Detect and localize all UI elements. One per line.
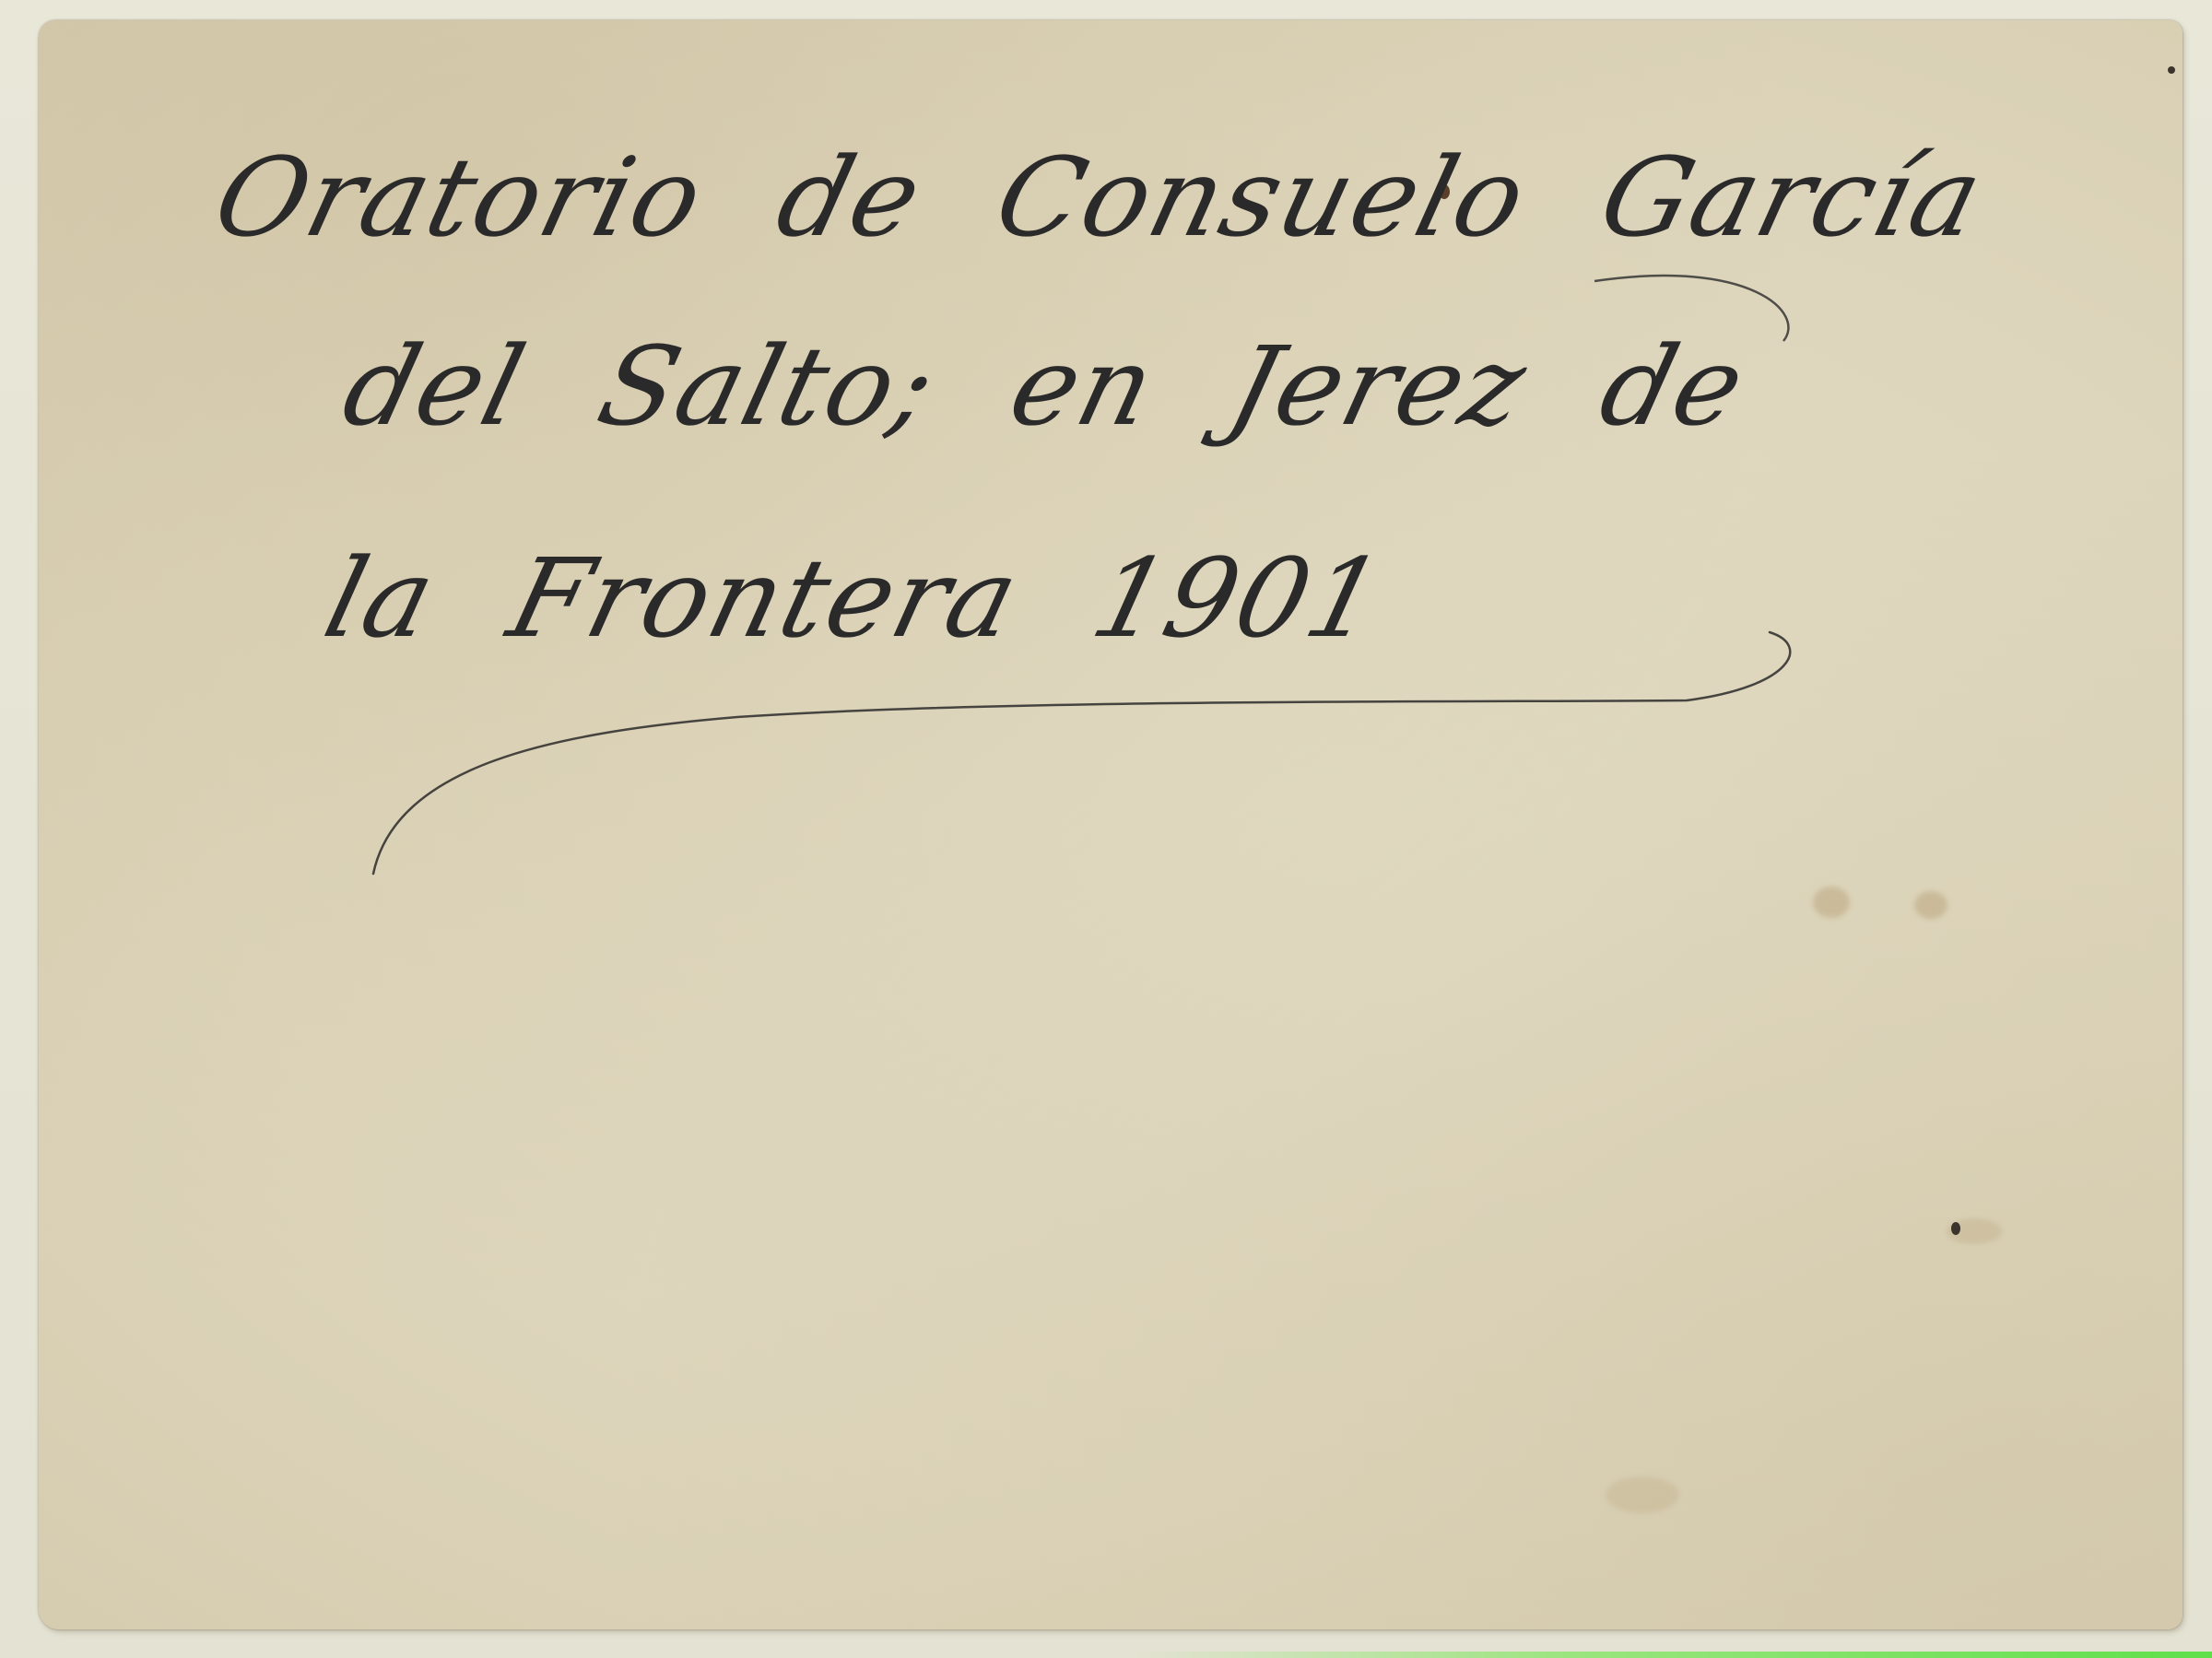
foxing-stain (1813, 887, 1850, 918)
word: Frontera (498, 535, 1032, 662)
year-text: 1901 (1080, 535, 1396, 662)
scan-background: Oratorio de Consuelo García del Salto; e… (0, 0, 2212, 1658)
word: Jerez (1218, 323, 1540, 450)
word: Consuelo (984, 134, 1540, 261)
word: de (766, 134, 935, 261)
word: García (1589, 134, 1996, 261)
foxing-stain (1606, 1476, 1679, 1513)
word: Oratorio (203, 134, 717, 261)
ink-speck (2168, 66, 2175, 74)
photo-card-verso (39, 20, 2183, 1629)
word: Salto; (587, 323, 950, 450)
word: de (1589, 323, 1759, 450)
handwriting-line-1: Oratorio de Consuelo García (203, 134, 2040, 261)
handwriting-line-3: la Frontera 1901 (313, 535, 1441, 662)
ink-speck (1951, 1222, 1960, 1235)
handwriting-line-2: del Salto; en Jerez de (332, 323, 1803, 450)
word: en (998, 323, 1168, 450)
progress-strip (1134, 1652, 2212, 1658)
word: del (332, 323, 538, 450)
foxing-stain (1914, 891, 1947, 919)
